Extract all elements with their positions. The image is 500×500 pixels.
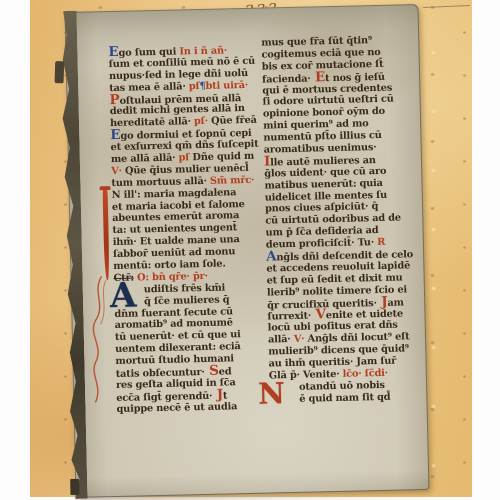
text-segment: P xyxy=(109,91,119,107)
text-segment: allā· xyxy=(268,334,291,346)
text-segment: ē quid nam ſit qd̄ xyxy=(299,392,390,405)
text-segment: tas mea ē allā· xyxy=(109,81,186,94)
text-segment: S xyxy=(204,363,218,379)
ragged-edge-tab xyxy=(70,479,79,495)
tall-red-initial-i xyxy=(103,188,110,280)
text-segment: tum mortuus allā· xyxy=(111,176,207,189)
text-segment: me allā allā· xyxy=(111,153,176,165)
text-segment: pſ xyxy=(185,81,199,92)
text-segment: am xyxy=(387,297,404,308)
text-segment: q̄ ſc̄e mulieres q̄ xyxy=(144,294,229,307)
text-segment: t xyxy=(223,390,228,401)
text-segment: V· xyxy=(111,166,122,177)
text-segment: udiſtis frēs km̄i xyxy=(144,282,226,295)
text-segment: O: bn̄ qr̄e· p̄r· xyxy=(134,271,208,284)
manuscript-leaf: Ego ſum qui In i ñ añ·ſum et conſiliū me… xyxy=(65,4,430,498)
text-segment: E xyxy=(310,69,325,85)
drop-cap-n: N xyxy=(258,379,285,408)
text-line: ē quid nam ſit qd̄ xyxy=(269,391,421,406)
mat-edge-line xyxy=(423,5,470,8)
text-segment: J xyxy=(377,293,388,309)
text-segment: R xyxy=(374,237,385,248)
text-segment: mentū: orto iam ſole. xyxy=(113,259,226,273)
drop-cap-a: A xyxy=(110,280,137,313)
margin-penwork-flourish xyxy=(87,274,112,404)
text-segment: ed xyxy=(219,366,232,377)
text-segment: A xyxy=(266,248,277,264)
text-segment: V· xyxy=(290,334,304,345)
text-segment: bti uirā· xyxy=(205,80,248,92)
text-segment: pſ· xyxy=(191,116,208,127)
text-segment: quippe necē ē ut audia xyxy=(116,401,237,415)
text-column-right: mus que fr̄a ſūt q̄tin⁹cogitemus eciā qu… xyxy=(261,34,421,406)
text-line: quippe necē ē ut audia xyxy=(116,400,266,415)
text-segment: lc̄o· ſc̄di· xyxy=(339,368,388,380)
text-segment: pſ xyxy=(175,152,189,163)
text-segment: otandū uō nobis xyxy=(299,380,385,393)
text-segment: V xyxy=(311,307,326,323)
text-segment: Dñe quid m xyxy=(189,151,254,163)
ragged-edge-tab xyxy=(55,61,65,83)
text-column-left: Ego ſum qui In i ñ añ·ſum et conſiliū me… xyxy=(108,44,266,416)
text-segment: Sm̄ mr̄c· xyxy=(207,175,255,187)
text-segment: cū uirtutū odoribus ad de xyxy=(265,213,401,227)
text-segment: hereditatē allā· xyxy=(110,117,191,130)
text-segment: J xyxy=(212,386,223,402)
text-segment: E xyxy=(108,44,118,60)
text-segment: E xyxy=(110,127,120,143)
text-segment: Qūe fr̄eā xyxy=(208,115,257,127)
